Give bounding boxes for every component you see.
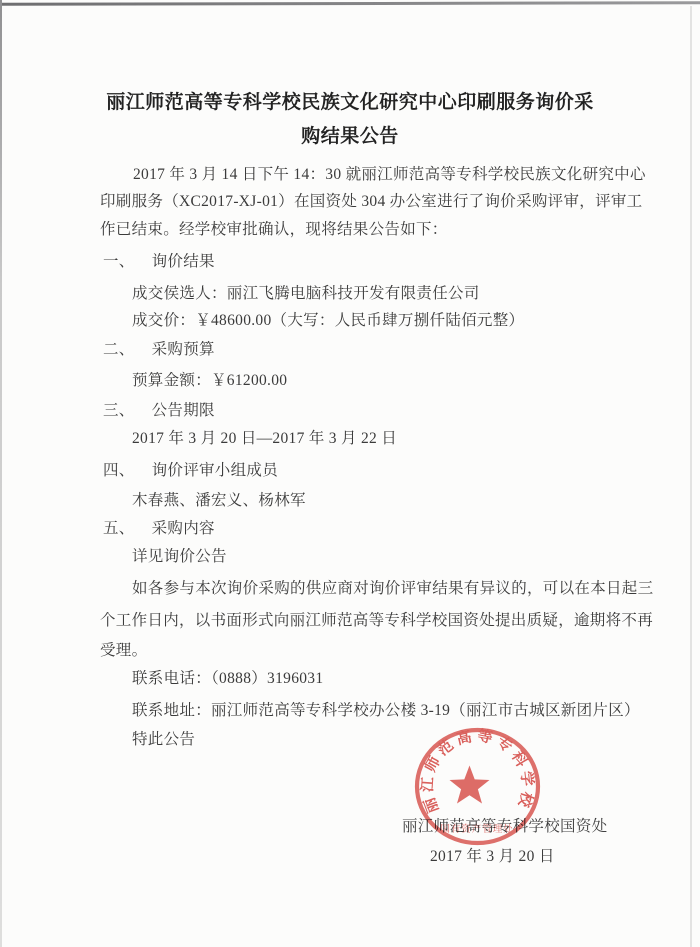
seal-star-icon <box>450 766 490 804</box>
notice-period-line: 2017 年 3 月 20 日—2017 年 3 月 22 日 <box>132 429 397 449</box>
objection-line-1: 如各参与本次询价采购的供应商对询价评审结果有异议的，可以在本日起三 <box>132 579 653 599</box>
panel-members-line: 木春燕、潘宏义、杨林军 <box>132 491 306 511</box>
objection-line-2: 个工作日内，以书面形式向丽江师范高等专科学校国资处提出质疑，逾期将不再 <box>100 611 653 631</box>
signature-date-line: 2017 年 3 月 20 日 <box>430 847 555 867</box>
winning-price-line: 成交价：￥48600.00（大写：人民币肆万捌仟陆佰元整） <box>132 311 524 331</box>
section-4-title: 询价评审小组成员 <box>152 462 278 479</box>
winning-candidate-line: 成交侯选人：丽江飞腾电脑科技开发有限责任公司 <box>132 284 480 304</box>
intro-line-3: 作已结束。经学校审批确认，现将结果公告如下： <box>100 220 448 240</box>
intro-line-2: 印刷服务（XC2017-XJ-01）在国资处 304 办公室进行了询价采购评审，… <box>100 192 642 212</box>
intro-line-1: 2017 年 3 月 14 日下午 14：30 就丽江师范高等专科学校民族文化研… <box>133 165 646 185</box>
contact-address-line: 联系地址：丽江师范高等专科学校办公楼 3-19（丽江市古城区新团片区） <box>132 701 640 721</box>
section-5-heading: 五、采购内容 <box>103 519 215 539</box>
contact-phone-line: 联系电话：（0888）3196031 <box>132 669 323 689</box>
official-seal: 丽江师范高等专科学校 国有资产管理处 <box>413 727 543 849</box>
objection-line-3: 受理。 <box>100 641 147 661</box>
procurement-content-line: 详见询价公告 <box>132 547 227 567</box>
section-2-marker: 二、 <box>103 341 135 358</box>
document-title: 丽江师范高等专科学校民族文化研究中心印刷服务询价采 购结果公告 <box>0 86 700 154</box>
section-5-title: 采购内容 <box>152 520 215 537</box>
seal-arc-text-holder: 丽江师范高等专科学校 <box>419 727 537 815</box>
section-5-marker: 五、 <box>103 520 135 537</box>
section-1-title: 询价结果 <box>152 253 215 270</box>
section-3-heading: 三、公告期限 <box>103 401 215 421</box>
seal-inner-text: 国有资产管理处 <box>440 823 514 835</box>
section-1-marker: 一、 <box>103 253 135 270</box>
section-1-heading: 一、询价结果 <box>103 252 215 272</box>
section-4-heading: 四、询价评审小组成员 <box>103 461 278 481</box>
section-3-title: 公告期限 <box>152 402 215 419</box>
section-4-marker: 四、 <box>103 462 135 479</box>
section-2-title: 采购预算 <box>152 341 215 358</box>
closing-line: 特此公告 <box>132 730 195 750</box>
scanned-document-page: 丽江师范高等专科学校民族文化研究中心印刷服务询价采 购结果公告 2017 年 3… <box>0 0 700 947</box>
section-2-heading: 二、采购预算 <box>103 340 215 360</box>
document-title-line-1: 丽江师范高等专科学校民族文化研究中心印刷服务询价采 <box>0 86 700 120</box>
scan-edge-top <box>0 1 700 5</box>
seal-arc-text: 丽江师范高等专科学校 <box>419 727 537 815</box>
document-title-line-2: 购结果公告 <box>0 120 700 154</box>
budget-amount-line: 预算金额：￥61200.00 <box>132 371 287 391</box>
section-3-marker: 三、 <box>103 402 135 419</box>
